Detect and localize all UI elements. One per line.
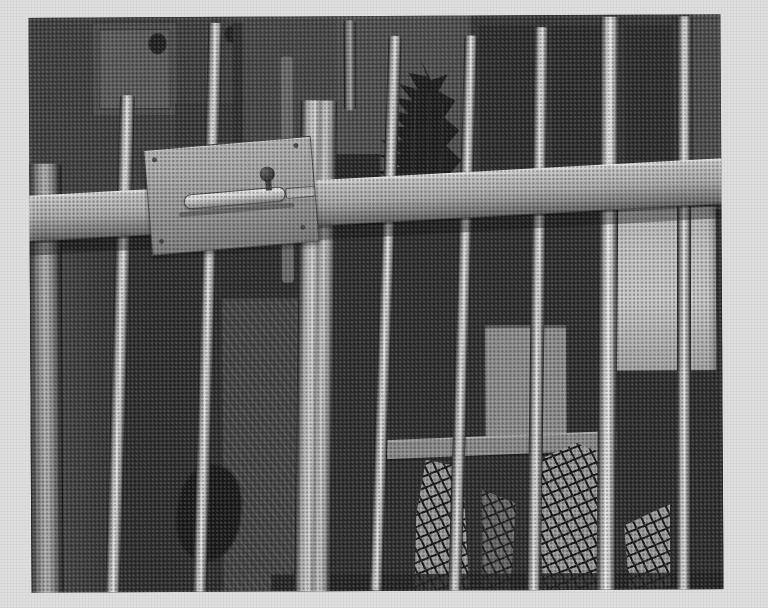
hatch-texture-cell xyxy=(222,298,306,590)
dark-cage-opening-1 xyxy=(479,25,536,177)
cage-bar xyxy=(677,16,692,589)
dark-cage-opening-3 xyxy=(625,24,674,176)
dark-cage-opening-2 xyxy=(551,25,602,177)
door-frame-bar xyxy=(597,17,620,590)
upper-bar-stub xyxy=(344,20,356,110)
back-wall-patch xyxy=(485,325,567,437)
bottom-shadow-strip xyxy=(271,572,723,591)
cage-photograph xyxy=(28,14,723,593)
right-light-panel xyxy=(615,206,716,373)
knot-hole-1 xyxy=(149,33,167,54)
paper-background xyxy=(0,0,768,608)
latch-assembly xyxy=(143,136,319,256)
